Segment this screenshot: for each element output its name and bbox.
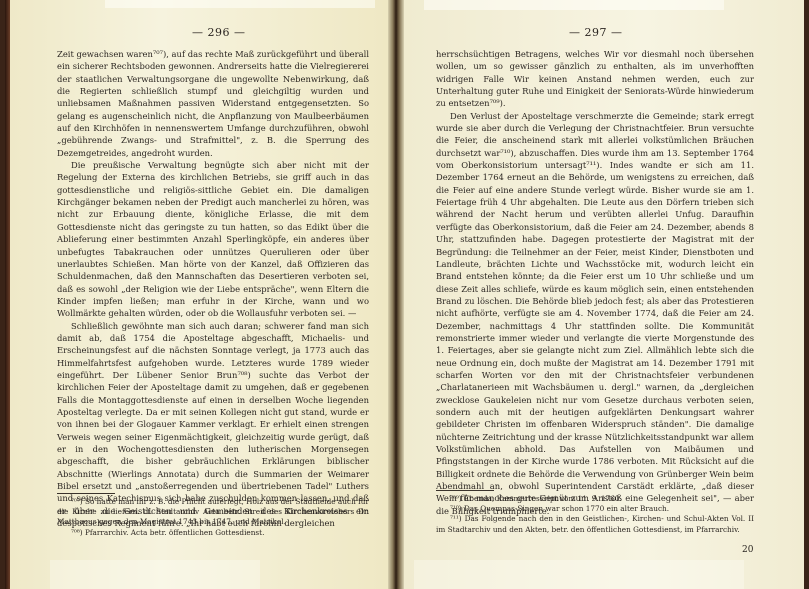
- scan-glare: [105, 0, 375, 8]
- right-page-body: herrschsüchtigen Betragens, welches Wir …: [436, 48, 754, 517]
- paragraph: herrschsüchtigen Betragens, welches Wir …: [436, 48, 754, 110]
- paragraph: Zeit gewachsen waren⁷⁰⁷), auf das rechte…: [57, 48, 369, 159]
- footnote: ⁷⁰⁷) So hatte man ihr z. B. die Pflicht …: [57, 497, 369, 528]
- book-gutter: [388, 0, 404, 589]
- signature-mark: 20: [742, 545, 753, 555]
- footnote: ⁷¹⁰) Das Quempas-Singen war schon 1770 e…: [436, 504, 754, 514]
- footnote: ⁷⁰⁹) Ebenda; Kammerreskript vom 11. 9. 1…: [436, 494, 754, 504]
- footnote: ⁷⁰⁸) Pfarrarchiv. Acta betr. öffentliche…: [57, 528, 369, 538]
- footnote-rule: [57, 493, 115, 494]
- book-spread: — 296 — Zeit gewachsen waren⁷⁰⁷), auf da…: [5, 0, 804, 589]
- footnote-rule: [436, 490, 494, 491]
- right-page: — 297 — herrschsüchtigen Betragens, welc…: [404, 0, 804, 589]
- footnote: ⁷¹¹) Das Folgende nach den in den Geistl…: [436, 514, 754, 534]
- paragraph: Den Verlust der Aposteltage verschmerzte…: [436, 110, 754, 517]
- right-footnotes: ⁷⁰⁹) Ebenda; Kammerreskript vom 11. 9. 1…: [436, 494, 754, 535]
- page-number-left: — 296 —: [192, 26, 246, 39]
- scan-glare: [424, 0, 724, 10]
- left-footnotes: ⁷⁰⁷) So hatte man ihr z. B. die Pflicht …: [57, 497, 369, 538]
- page-number-right: — 297 —: [569, 26, 623, 39]
- left-page-body: Zeit gewachsen waren⁷⁰⁷), auf das rechte…: [57, 48, 369, 529]
- scan-glare: [414, 560, 744, 589]
- scan-glare: [50, 560, 260, 589]
- paragraph: Die preußische Verwaltung begnügte sich …: [57, 159, 369, 319]
- left-page: — 296 — Zeit gewachsen waren⁷⁰⁷), auf da…: [10, 0, 388, 589]
